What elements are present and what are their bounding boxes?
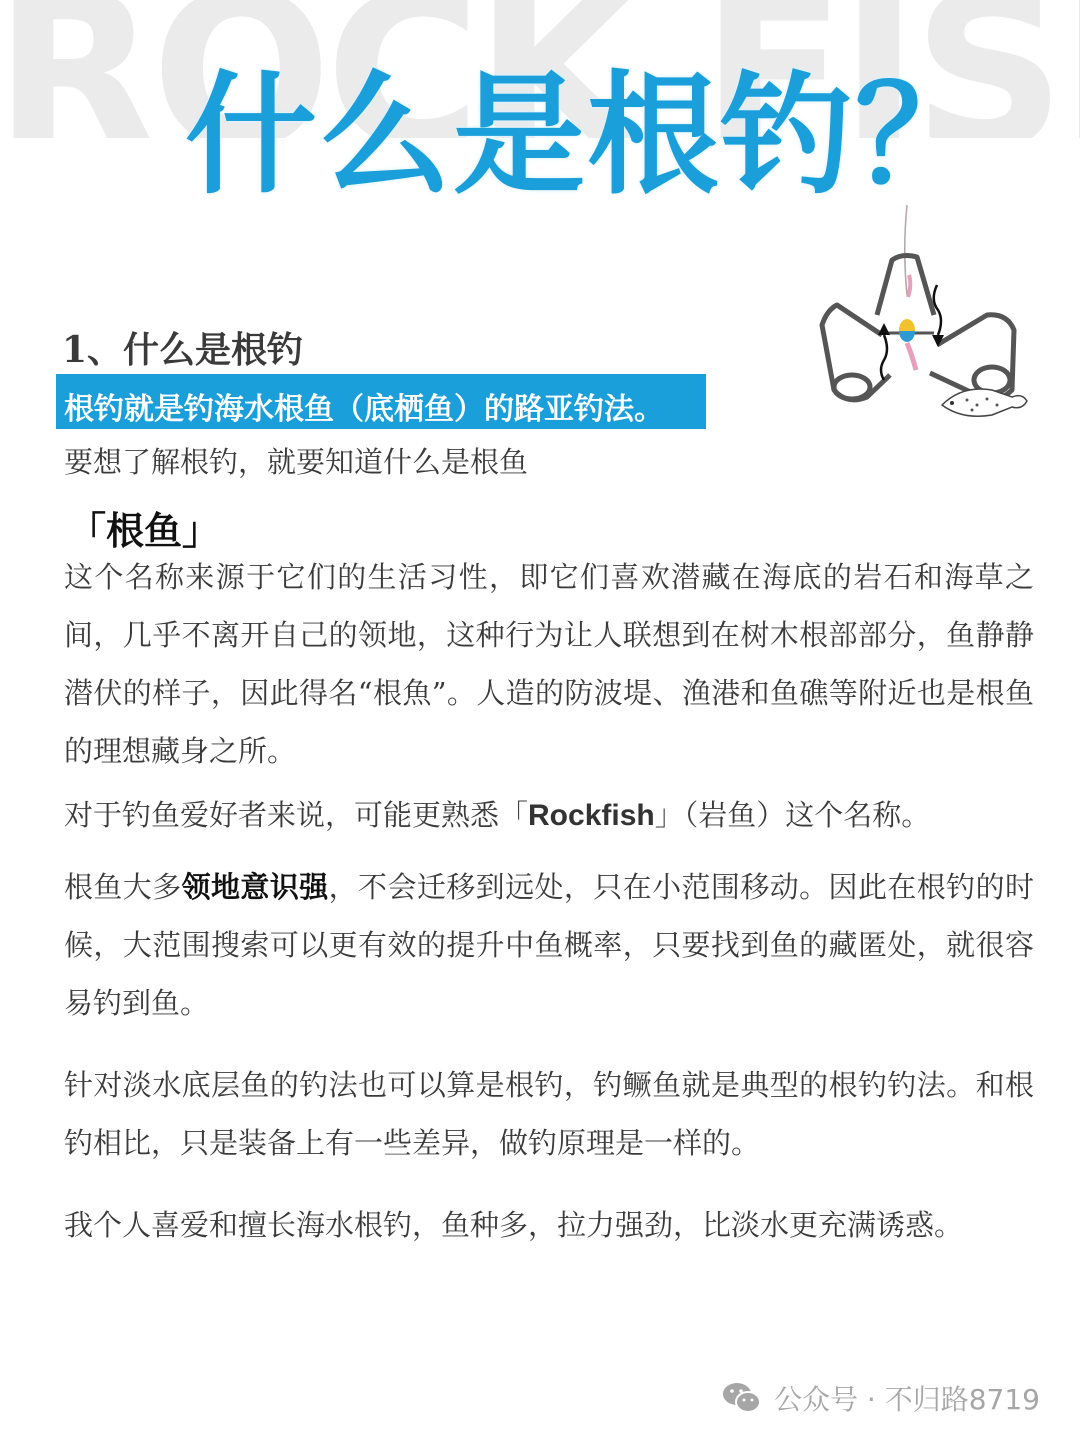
paragraph-territory-before: 根鱼大多 <box>64 870 182 904</box>
highlight-definition: 根钓就是钓海水根鱼（底栖鱼）的路亚钓法。 <box>64 384 664 428</box>
paragraph-personal: 我个人喜爱和擅长海水根钓，鱼种多，拉力强劲，比淡水更充满诱惑。 <box>64 1196 1034 1254</box>
paragraph-freshwater: 针对淡水底层鱼的钓法也可以算是根钓，钓鳜鱼就是典型的根钓钓法。和根钓相比，只是装… <box>64 1056 1034 1172</box>
footer-text: 公众号 · 不归路8719 <box>774 1378 1040 1418</box>
subheading-genyu: 「根鱼」 <box>68 500 220 555</box>
paragraph-territory: 根鱼大多领地意识强，不会迁移到远处，只在小范围移动。因此在根钓的时候，大范围搜索… <box>64 858 1034 1032</box>
section-heading: 1、什么是根钓 <box>62 322 303 373</box>
paragraph-name-origin: 这个名称来源于它们的生活习性，即它们喜欢潜藏在海底的岩石和海草之间，几乎不离开自… <box>64 548 1034 780</box>
rockfish-term: Rockfish <box>528 799 655 832</box>
paragraph-rockfish-before: 对于钓鱼爱好者来说，可能更熟悉「 <box>64 798 528 832</box>
wechat-icon <box>722 1381 762 1415</box>
page-title: 什么是根钓？ <box>185 70 989 202</box>
footer-attribution: 公众号 · 不归路8719 <box>722 1378 1040 1418</box>
emphasis-territorial: 领地意识强 <box>182 870 329 904</box>
tetrapod-fishing-illustration-icon <box>812 205 1032 435</box>
intro-text: 要想了解根钓，就要知道什么是根鱼 <box>64 440 528 481</box>
paragraph-rockfish: 对于钓鱼爱好者来说，可能更熟悉「Rockfish」（岩鱼）这个名称。 <box>64 786 1034 845</box>
paragraph-rockfish-after: 」（岩鱼）这个名称。 <box>655 798 931 832</box>
